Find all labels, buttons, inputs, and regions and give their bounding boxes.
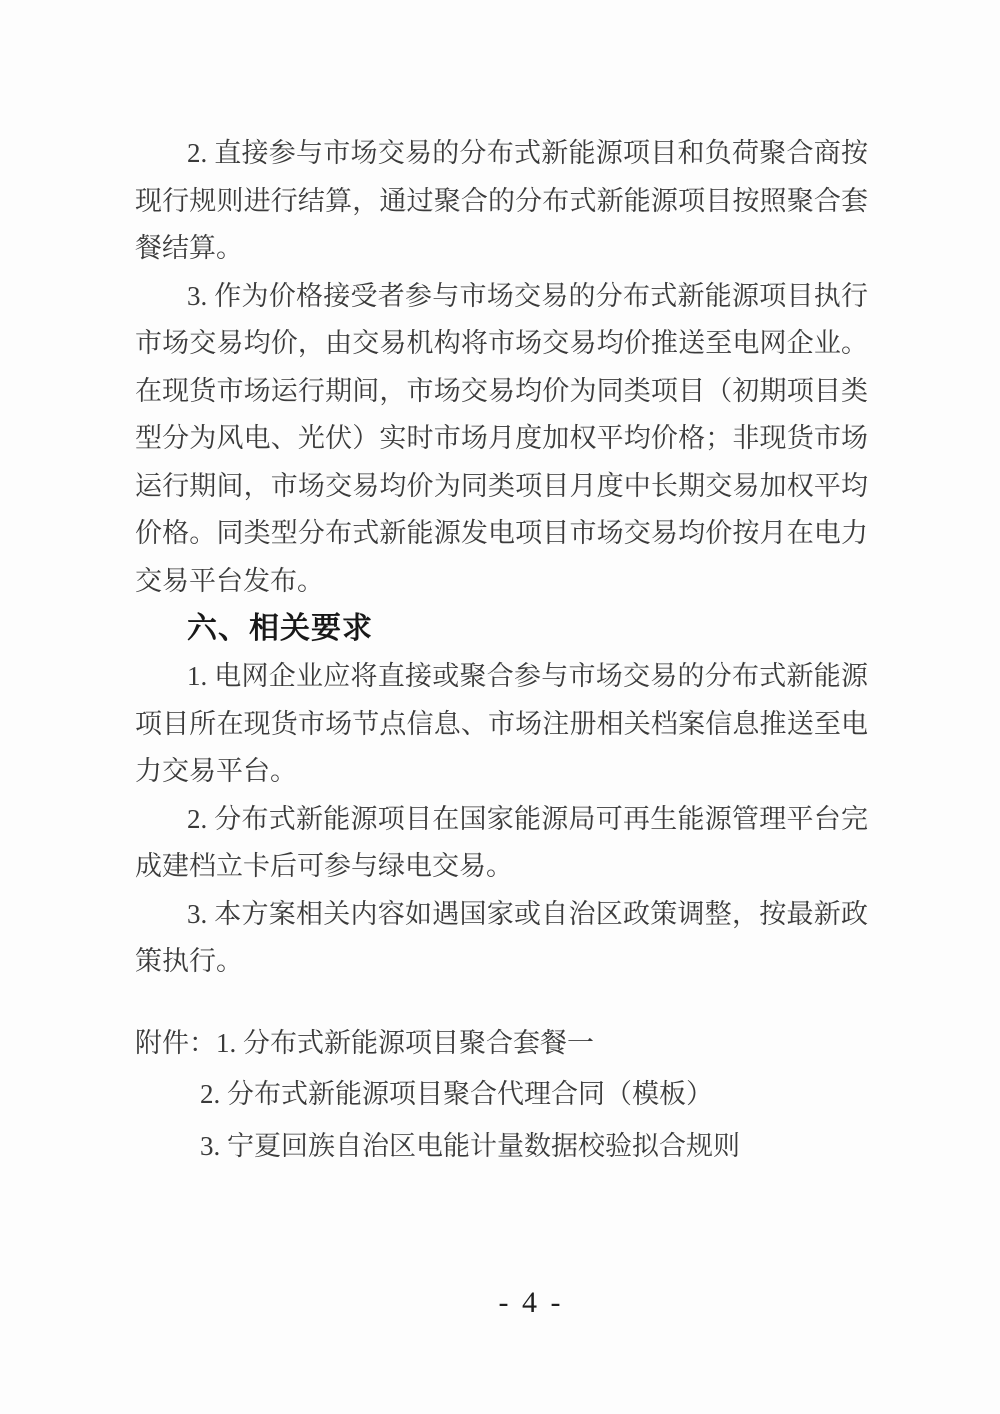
- document-body: 2. 直接参与市场交易的分布式新能源项目和负荷聚合商按 现行规则进行结算，通过聚…: [135, 130, 868, 1172]
- body-line: 3. 作为价格接受者参与市场交易的分布式新能源项目执行: [135, 273, 868, 321]
- body-line: 力交易平台。: [135, 748, 868, 796]
- body-line: 策执行。: [135, 938, 868, 986]
- body-line: 运行期间，市场交易均价为同类项目月度中长期交易加权平均: [135, 463, 868, 511]
- attachment-item: 1. 分布式新能源项目聚合套餐一: [216, 1028, 594, 1058]
- attachment-item: 3. 宁夏回族自治区电能计量数据校验拟合规则: [200, 1121, 868, 1173]
- document-page: 2. 直接参与市场交易的分布式新能源项目和负荷聚合商按 现行规则进行结算，通过聚…: [0, 0, 1000, 1414]
- page-number: - 4 -: [0, 1286, 1000, 1320]
- body-line: 餐结算。: [135, 225, 868, 273]
- body-line: 2. 直接参与市场交易的分布式新能源项目和负荷聚合商按: [135, 130, 868, 178]
- body-line: 市场交易均价，由交易机构将市场交易均价推送至电网企业。: [135, 320, 868, 368]
- attachments-label: 附件：: [135, 1028, 216, 1058]
- body-line: 型分为风电、光伏）实时市场月度加权平均价格；非现货市场: [135, 415, 868, 463]
- body-line: 3. 本方案相关内容如遇国家或自治区政策调整，按最新政: [135, 891, 868, 939]
- body-line: 价格。同类型分布式新能源发电项目市场交易均价按月在电力: [135, 510, 868, 558]
- body-line: 1. 电网企业应将直接或聚合参与市场交易的分布式新能源: [135, 653, 868, 701]
- attachment-line: 附件：1. 分布式新能源项目聚合套餐一: [135, 1018, 868, 1070]
- section-heading: 六、相关要求: [135, 605, 868, 653]
- body-line: 现行规则进行结算，通过聚合的分布式新能源项目按照聚合套: [135, 178, 868, 226]
- body-line: 交易平台发布。: [135, 558, 868, 606]
- attachments-list: 附件：1. 分布式新能源项目聚合套餐一 2. 分布式新能源项目聚合代理合同（模板…: [135, 1018, 868, 1173]
- body-line: 在现货市场运行期间，市场交易均价为同类项目（初期项目类: [135, 368, 868, 416]
- attachment-item: 2. 分布式新能源项目聚合代理合同（模板）: [200, 1069, 868, 1121]
- body-line: 项目所在现货市场节点信息、市场注册相关档案信息推送至电: [135, 701, 868, 749]
- body-line: 2. 分布式新能源项目在国家能源局可再生能源管理平台完: [135, 796, 868, 844]
- body-line: 成建档立卡后可参与绿电交易。: [135, 843, 868, 891]
